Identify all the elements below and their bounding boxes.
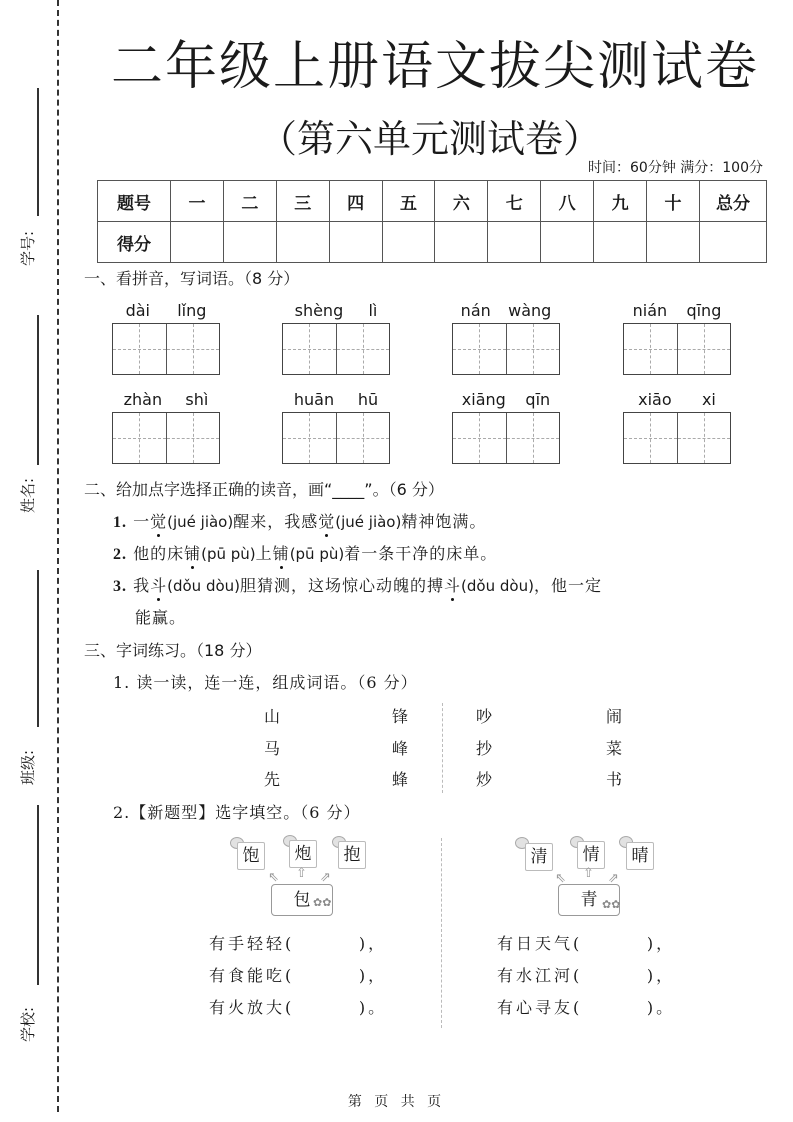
- score-table: 题号 一 二 三 四 五 六 七 八 九 十 总分 得分: [97, 180, 767, 263]
- writing-grid[interactable]: [112, 323, 220, 375]
- fill-blank[interactable]: 有食能吃( )，: [209, 963, 387, 986]
- header-cell: 四: [329, 181, 382, 222]
- question-number: 1.: [113, 514, 127, 531]
- pinyin-text: nián: [633, 301, 668, 323]
- pinyin-text: shèng: [295, 301, 344, 323]
- arrow-up-icon: ⇧: [583, 866, 594, 881]
- page-title: 二年级上册语文拔尖测试卷: [110, 24, 760, 99]
- score-table-header-row: 题号 一 二 三 四 五 六 七 八 九 十 总分: [98, 181, 767, 222]
- question-number: 3.: [113, 578, 127, 595]
- pinyin-choice[interactable]: (dǒu dòu): [461, 577, 534, 595]
- option-card: 晴: [626, 842, 654, 870]
- row-label-cell: 得分: [98, 222, 171, 263]
- fill-blank[interactable]: 有心寻友( )。: [497, 995, 675, 1018]
- pinyin-text: qīng: [686, 301, 721, 323]
- pinyin-text: shì: [185, 390, 208, 412]
- writing-grid[interactable]: [452, 412, 560, 464]
- match-item[interactable]: 吵: [476, 704, 492, 727]
- exam-meta: 时间：60分钟 满分：100分: [588, 157, 763, 177]
- match-item[interactable]: 菜: [606, 736, 622, 759]
- fill-blank[interactable]: 有火放大( )。: [209, 995, 387, 1018]
- score-cell[interactable]: [329, 222, 382, 263]
- text: 着一条干净的床单。: [344, 544, 497, 563]
- pinyin-item: xiāoxi: [623, 390, 731, 464]
- match-item[interactable]: 锋: [392, 704, 408, 727]
- pinyin-choice[interactable]: (pū pù): [201, 545, 256, 563]
- score-cell[interactable]: [382, 222, 435, 263]
- arrow-up-right-icon: ⇗: [320, 870, 331, 885]
- text: 我: [133, 576, 150, 595]
- writing-grid[interactable]: [112, 412, 220, 464]
- match-item[interactable]: 先: [264, 767, 280, 790]
- flower-icon: ✿✿: [602, 898, 620, 911]
- score-table-score-row: 得分: [98, 222, 767, 263]
- question-3-2-label: 2.【新题型】选字填空。（6 分）: [113, 800, 361, 823]
- writing-grid[interactable]: [282, 323, 390, 375]
- dotted-char: 斗: [444, 576, 461, 595]
- pinyin-text: qīn: [525, 390, 550, 412]
- score-cell[interactable]: [171, 222, 224, 263]
- header-cell: 题号: [98, 181, 171, 222]
- pinyin-item: shènglì: [282, 301, 390, 375]
- question-2-3-continued: 能赢。: [135, 605, 186, 628]
- pinyin-text: nán: [461, 301, 491, 323]
- match-item[interactable]: 闹: [606, 704, 622, 727]
- student-id-line[interactable]: [37, 88, 39, 216]
- school-field[interactable]: 学校:: [0, 805, 56, 1045]
- pinyin-choice[interactable]: (dǒu dòu): [167, 577, 240, 595]
- header-cell: 五: [382, 181, 435, 222]
- score-cell[interactable]: [488, 222, 541, 263]
- pinyin-item: xiāngqīn: [452, 390, 560, 464]
- pinyin-choice[interactable]: (pū pù): [290, 545, 345, 563]
- match-item[interactable]: 山: [264, 704, 280, 727]
- pinyin-text: zhàn: [124, 390, 162, 412]
- score-cell[interactable]: [541, 222, 594, 263]
- text: 精神饱满。: [401, 512, 486, 531]
- score-cell[interactable]: [276, 222, 329, 263]
- pinyin-text: wàng: [508, 301, 551, 323]
- score-cell[interactable]: [435, 222, 488, 263]
- question-2-2: 2. 他的床铺(pū pù)上铺(pū pù)着一条干净的床单。: [113, 541, 497, 564]
- text: 胆猜测，这场惊心动魄的搏: [240, 576, 444, 595]
- match-item[interactable]: 书: [606, 767, 622, 790]
- pinyin-text: xiāo: [638, 390, 672, 412]
- cut-line: [57, 0, 59, 1112]
- section2-heading: 二、给加点字选择正确的读音，画“____”。（6 分）: [84, 477, 444, 500]
- pinyin-text: lì: [368, 301, 377, 323]
- option-card: 清: [525, 843, 553, 871]
- dotted-char: 铺: [184, 544, 201, 563]
- flower-icon: ✿✿: [313, 896, 331, 909]
- pinyin-item: huānhū: [282, 390, 390, 464]
- pinyin-text: lǐng: [177, 301, 206, 323]
- header-cell: 三: [276, 181, 329, 222]
- text: 他的床: [133, 544, 184, 563]
- text: 醒来，我感: [233, 512, 318, 531]
- page-footer: 第 页 共 页: [0, 1091, 793, 1111]
- writing-grid[interactable]: [282, 412, 390, 464]
- dotted-char: 斗: [150, 576, 167, 595]
- pinyin-text: xi: [702, 390, 716, 412]
- pinyin-text: dài: [126, 301, 150, 323]
- writing-grid[interactable]: [623, 412, 731, 464]
- divider: [442, 703, 443, 793]
- score-cell[interactable]: [223, 222, 276, 263]
- match-item[interactable]: 蜂: [392, 767, 408, 790]
- question-3-1-label: 1. 读一读，连一连，组成词语。（6 分）: [113, 670, 418, 693]
- header-cell: 九: [594, 181, 647, 222]
- header-cell: 总分: [700, 181, 767, 222]
- pinyin-choice[interactable]: (jué jiào): [167, 513, 233, 531]
- text: 上: [256, 544, 273, 563]
- arrow-up-left-icon: ⇖: [268, 870, 279, 885]
- pinyin-text: hū: [358, 390, 378, 412]
- pinyin-text: huān: [294, 390, 334, 412]
- option-card: 饱: [237, 842, 265, 870]
- writing-grid[interactable]: [623, 323, 731, 375]
- header-cell: 一: [171, 181, 224, 222]
- school-line[interactable]: [37, 805, 39, 985]
- question-number: 2.: [113, 546, 127, 563]
- question-2-1: 1. 一觉(jué jiào)醒来，我感觉(jué jiào)精神饱满。: [113, 509, 486, 532]
- class-label: 班级:: [17, 750, 38, 785]
- header-cell: 七: [488, 181, 541, 222]
- match-item[interactable]: 炒: [476, 767, 492, 790]
- fill-blank[interactable]: 有日天气( )，: [497, 931, 675, 954]
- dotted-char: 觉: [150, 512, 167, 531]
- class-field[interactable]: 班级:: [0, 570, 56, 790]
- text: 一: [133, 512, 150, 531]
- score-cell[interactable]: [594, 222, 647, 263]
- question-2-3: 3. 我斗(dǒu dòu)胆猜测，这场惊心动魄的搏斗(dǒu dòu)，他一定: [113, 573, 602, 596]
- match-item[interactable]: 马: [264, 736, 280, 759]
- student-id-label: 学号:: [17, 231, 38, 266]
- header-cell: 二: [223, 181, 276, 222]
- writing-grid[interactable]: [452, 323, 560, 375]
- page-subtitle: （第六单元测试卷）: [240, 108, 620, 163]
- header-cell: 十: [647, 181, 700, 222]
- arrow-up-icon: ⇧: [296, 866, 307, 881]
- pinyin-item: niánqīng: [623, 301, 731, 375]
- header-cell: 八: [541, 181, 594, 222]
- option-card: 情: [577, 841, 605, 869]
- text: ，他一定: [534, 576, 602, 595]
- pinyin-choice[interactable]: (jué jiào): [335, 513, 401, 531]
- match-item[interactable]: 峰: [392, 736, 408, 759]
- header-cell: 六: [435, 181, 488, 222]
- section3-heading: 三、字词练习。（18 分）: [84, 638, 261, 661]
- school-label: 学校:: [17, 1007, 38, 1042]
- option-card: 抱: [338, 841, 366, 869]
- name-label: 姓名:: [17, 478, 38, 513]
- pinyin-item: nánwàng: [452, 301, 560, 375]
- fill-blank[interactable]: 有手轻轻( )，: [209, 931, 387, 954]
- name-field[interactable]: 姓名:: [0, 315, 56, 515]
- option-card: 炮: [289, 840, 317, 868]
- score-cell[interactable]: [700, 222, 767, 263]
- section1-heading: 一、看拼音，写词语。（8 分）: [84, 266, 299, 289]
- dotted-char: 觉: [318, 512, 335, 531]
- pinyin-text: xiāng: [462, 390, 506, 412]
- divider: [441, 838, 442, 1028]
- class-line[interactable]: [37, 570, 39, 727]
- pinyin-item: zhànshì: [112, 390, 220, 464]
- score-cell[interactable]: [647, 222, 700, 263]
- pinyin-item: dàilǐng: [112, 301, 220, 375]
- student-id-field[interactable]: 学号:: [0, 88, 56, 268]
- fill-blank[interactable]: 有水江河( )，: [497, 963, 675, 986]
- dotted-char: 铺: [273, 544, 290, 563]
- match-item[interactable]: 抄: [476, 736, 492, 759]
- name-line[interactable]: [37, 315, 39, 465]
